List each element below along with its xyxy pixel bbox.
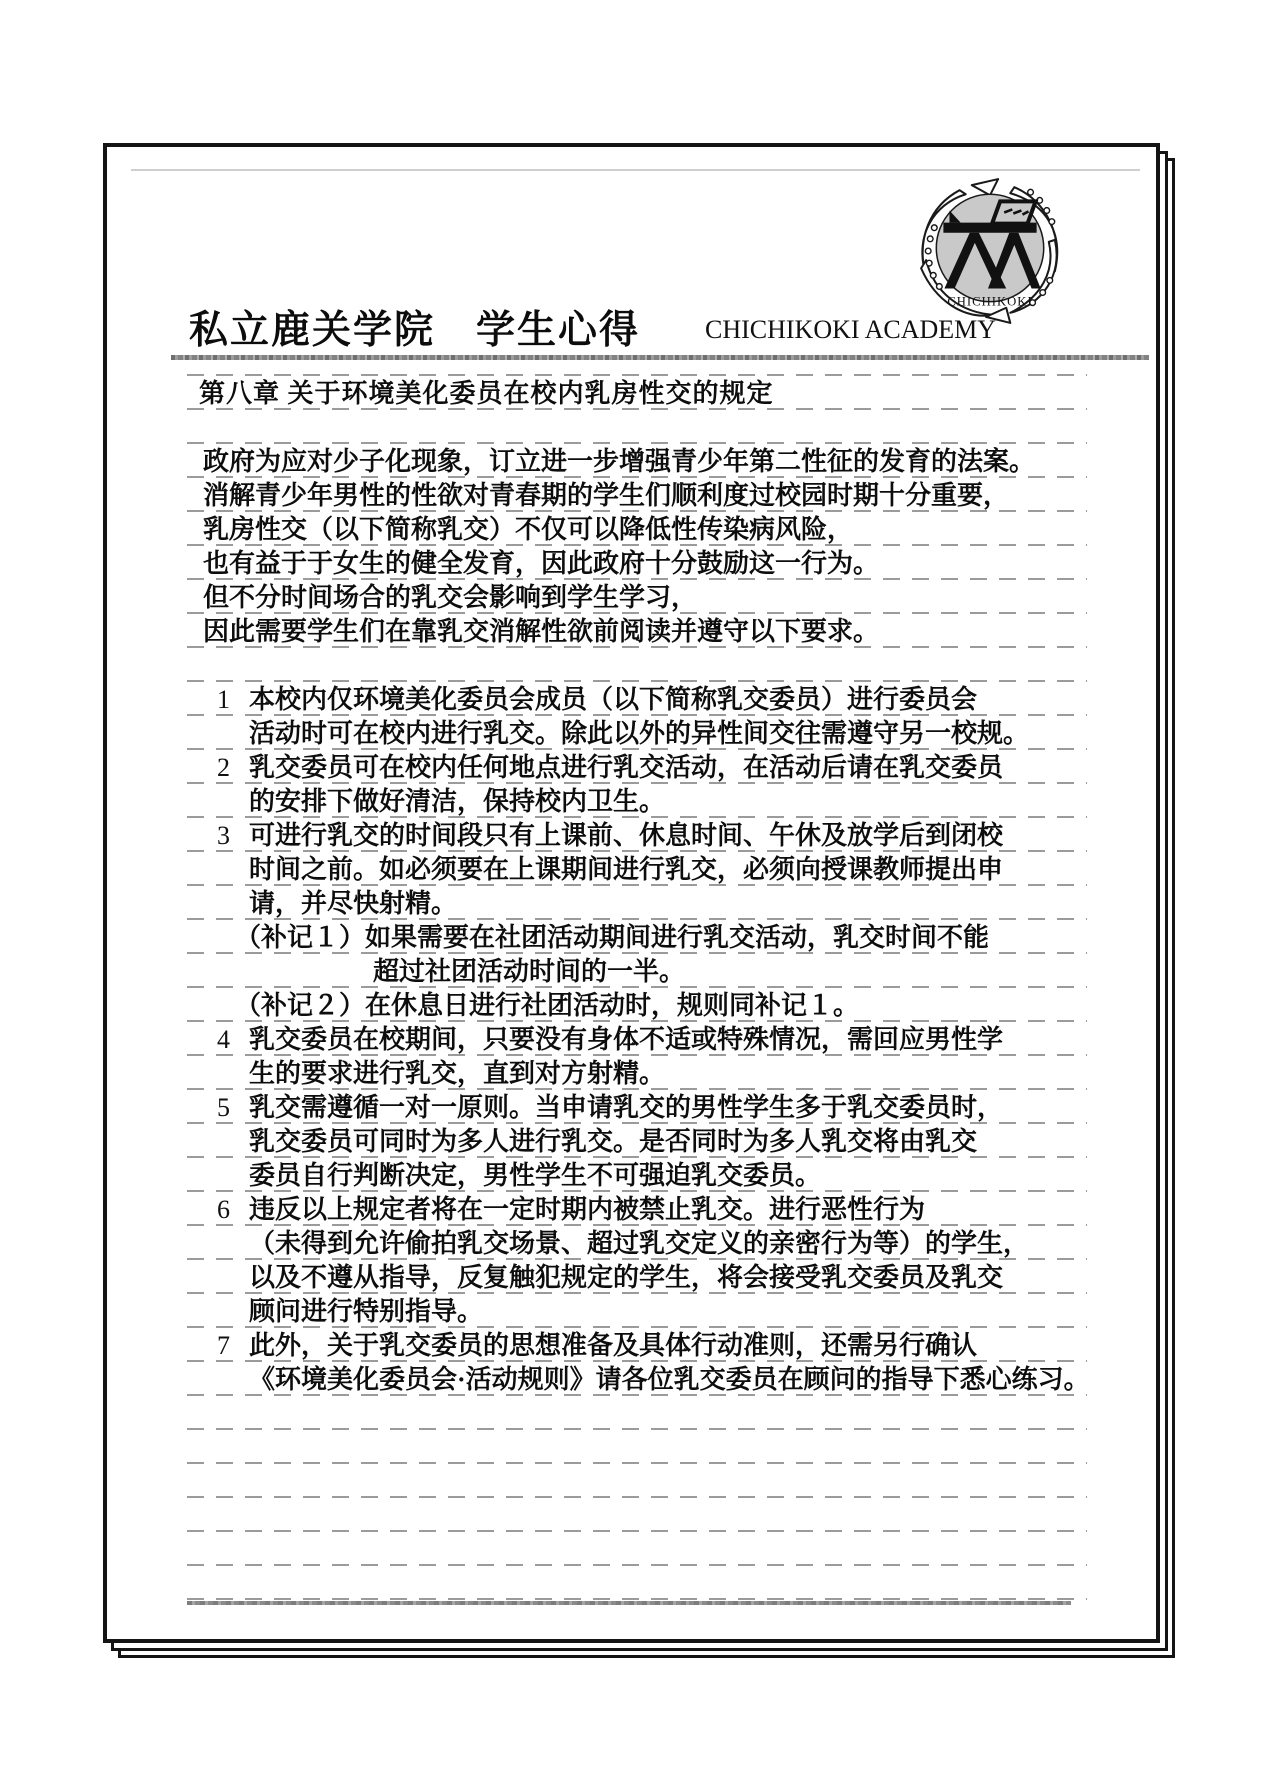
doc-text-line: 乳交委员可同时为多人进行乳交。是否同时为多人乳交将由乳交 <box>187 1124 1087 1158</box>
doc-text-line: （补记２）在休息日进行社团活动时，规则同补记１。 <box>187 988 1087 1022</box>
line-text: （补记２）在休息日进行社团活动时，规则同补记１。 <box>235 991 859 1020</box>
line-text: 委员自行判断决定，男性学生不可强迫乳交委员。 <box>249 1161 821 1190</box>
doc-text-line: 2乳交委员可在校内任何地点进行乳交活动，在活动后请在乳交委员 <box>187 750 1087 784</box>
rule-number: 5 <box>217 1090 230 1125</box>
line-text: 违反以上规定者将在一定时期内被禁止乳交。进行恶性行为 <box>249 1195 925 1224</box>
ruled-blank-line <box>187 1566 1087 1600</box>
doc-text-line: 委员自行判断决定，男性学生不可强迫乳交委员。 <box>187 1158 1087 1192</box>
doc-text-line: 的安排下做好清洁，保持校内卫生。 <box>187 784 1087 818</box>
line-text: 可进行乳交的时间段只有上课前、休息时间、午休及放学后到闭校 <box>249 821 1003 850</box>
line-text: 乳房性交（以下简称乳交）不仅可以降低性传染病风险， <box>203 515 853 544</box>
line-text: （未得到允许偷拍乳交场景、超过乳交定义的亲密行为等）的学生， <box>249 1229 1029 1258</box>
line-text: 但不分时间场合的乳交会影响到学生学习， <box>203 583 697 612</box>
line-text: 生的要求进行乳交，直到对方射精。 <box>249 1059 665 1088</box>
line-text: 请，并尽快射精。 <box>249 889 457 918</box>
doc-text-line: 生的要求进行乳交，直到对方射精。 <box>187 1056 1087 1090</box>
line-text: 《环境美化委员会·活动规则》请各位乳交委员在顾问的指导下悉心练习。 <box>249 1365 1090 1394</box>
rule-number: 3 <box>217 818 230 853</box>
rule-number: 4 <box>217 1022 230 1057</box>
line-text: 时间之前。如必须要在上课期间进行乳交，必须向授课教师提出申 <box>249 855 1003 884</box>
doc-text-line: 消解青少年男性的性欲对青春期的学生们顺利度过校园时期十分重要， <box>187 478 1087 512</box>
rule-number: 6 <box>217 1192 230 1227</box>
doc-text-line: 政府为应对少子化现象，订立进一步增强青少年第二性征的发育的法案。 <box>187 444 1087 478</box>
doc-text-line: 超过社团活动时间的一半。 <box>187 954 1087 988</box>
doc-text-line: 第八章 关于环境美化委员在校内乳房性交的规定 <box>187 376 1087 410</box>
doc-text-line: 活动时可在校内进行乳交。除此以外的异性间交往需遵守另一校规。 <box>187 716 1087 750</box>
doc-text-line: 因此需要学生们在靠乳交消解性欲前阅读并遵守以下要求。 <box>187 614 1087 648</box>
doc-text-line: 1本校内仅环境美化委员会成员（以下简称乳交委员）进行委员会 <box>187 682 1087 716</box>
ruled-blank-line <box>187 410 1087 444</box>
academy-seal-logo: CHICHIKOKI <box>913 175 1065 327</box>
doc-text-line: 但不分时间场合的乳交会影响到学生学习， <box>187 580 1087 614</box>
doc-text-line: 时间之前。如必须要在上课期间进行乳交，必须向授课教师提出申 <box>187 852 1087 886</box>
doc-text-line: 3可进行乳交的时间段只有上课前、休息时间、午休及放学后到闭校 <box>187 818 1087 852</box>
line-text: 超过社团活动时间的一半。 <box>373 957 685 986</box>
doc-text-line: 顾问进行特别指导。 <box>187 1294 1087 1328</box>
school-title: 私立鹿关学院 学生心得 <box>189 299 640 355</box>
doc-text-line: 6违反以上规定者将在一定时期内被禁止乳交。进行恶性行为 <box>187 1192 1087 1226</box>
line-text: 乳交需遵循一对一原则。当申请乳交的男性学生多于乳交委员时， <box>249 1093 1003 1122</box>
doc-text-line: 乳房性交（以下简称乳交）不仅可以降低性传染病风险， <box>187 512 1087 546</box>
line-text: 政府为应对少子化现象，订立进一步增强青少年第二性征的发育的法案。 <box>203 447 1035 476</box>
ruled-blank-line <box>187 1532 1087 1566</box>
rule-number: 2 <box>217 750 230 785</box>
doc-text-line: 请，并尽快射精。 <box>187 886 1087 920</box>
doc-text-line: 7此外，关于乳交委员的思想准备及具体行动准则，还需另行确认 <box>187 1328 1087 1362</box>
rule-number: 7 <box>217 1328 230 1363</box>
doc-text-line: 也有益于于女生的健全发育，因此政府十分鼓励这一行为。 <box>187 546 1087 580</box>
ruled-blank-line <box>187 1430 1087 1464</box>
line-text: 的安排下做好清洁，保持校内卫生。 <box>249 787 665 816</box>
line-text: 此外，关于乳交委员的思想准备及具体行动准则，还需另行确认 <box>249 1331 977 1360</box>
footer-divider-bar <box>187 1601 1071 1605</box>
doc-text-line: 以及不遵从指导，反复触犯规定的学生，将会接受乳交委员及乳交 <box>187 1260 1087 1294</box>
screenshot-root: { "header": { "school_title": "私立鹿关学院 学生… <box>0 0 1280 1790</box>
page-sheet: 私立鹿关学院 学生心得 CHICHIKOKI ACADEMY <box>103 143 1160 1643</box>
doc-text-line: 《环境美化委员会·活动规则》请各位乳交委员在顾问的指导下悉心练习。 <box>187 1362 1087 1396</box>
logo-text: CHICHIKOKI <box>947 295 1032 309</box>
line-text: 本校内仅环境美化委员会成员（以下简称乳交委员）进行委员会 <box>249 685 977 714</box>
line-text: 以及不遵从指导，反复触犯规定的学生，将会接受乳交委员及乳交 <box>249 1263 1003 1292</box>
doc-text-line: 5乳交需遵循一对一原则。当申请乳交的男性学生多于乳交委员时， <box>187 1090 1087 1124</box>
paper-stack: 私立鹿关学院 学生心得 CHICHIKOKI ACADEMY <box>103 143 1160 1643</box>
line-text: 因此需要学生们在靠乳交消解性欲前阅读并遵守以下要求。 <box>203 617 879 646</box>
page-header: 私立鹿关学院 学生心得 CHICHIKOKI ACADEMY <box>107 147 1156 362</box>
ruled-blank-line <box>187 1396 1087 1430</box>
doc-text-line: （未得到允许偷拍乳交场景、超过乳交定义的亲密行为等）的学生， <box>187 1226 1087 1260</box>
doc-text-line: 4乳交委员在校期间，只要没有身体不适或特殊情况，需回应男性学 <box>187 1022 1087 1056</box>
ruled-blank-line <box>187 648 1087 682</box>
line-text: 乳交委员可在校内任何地点进行乳交活动，在活动后请在乳交委员 <box>249 753 1003 782</box>
line-text: （补记１）如果需要在社团活动期间进行乳交活动，乳交时间不能 <box>235 923 989 952</box>
line-text: 顾问进行特别指导。 <box>249 1297 483 1326</box>
line-text: 消解青少年男性的性欲对青春期的学生们顺利度过校园时期十分重要， <box>203 481 1009 510</box>
ruled-blank-line <box>187 1464 1087 1498</box>
ruled-blank-line <box>187 1498 1087 1532</box>
line-text: 乳交委员可同时为多人进行乳交。是否同时为多人乳交将由乳交 <box>249 1127 977 1156</box>
line-text: 也有益于于女生的健全发育，因此政府十分鼓励这一行为。 <box>203 549 879 578</box>
line-text: 乳交委员在校期间，只要没有身体不适或特殊情况，需回应男性学 <box>249 1025 1003 1054</box>
ruled-content: 第八章 关于环境美化委员在校内乳房性交的规定政府为应对少子化现象，订立进一步增强… <box>187 376 1087 1600</box>
doc-text-line: （补记１）如果需要在社团活动期间进行乳交活动，乳交时间不能 <box>187 920 1087 954</box>
line-text: 活动时可在校内进行乳交。除此以外的异性间交往需遵守另一校规。 <box>249 719 1029 748</box>
header-divider-bar <box>171 355 1149 360</box>
rule-number: 1 <box>217 682 230 717</box>
line-text: 第八章 关于环境美化委员在校内乳房性交的规定 <box>199 379 774 408</box>
